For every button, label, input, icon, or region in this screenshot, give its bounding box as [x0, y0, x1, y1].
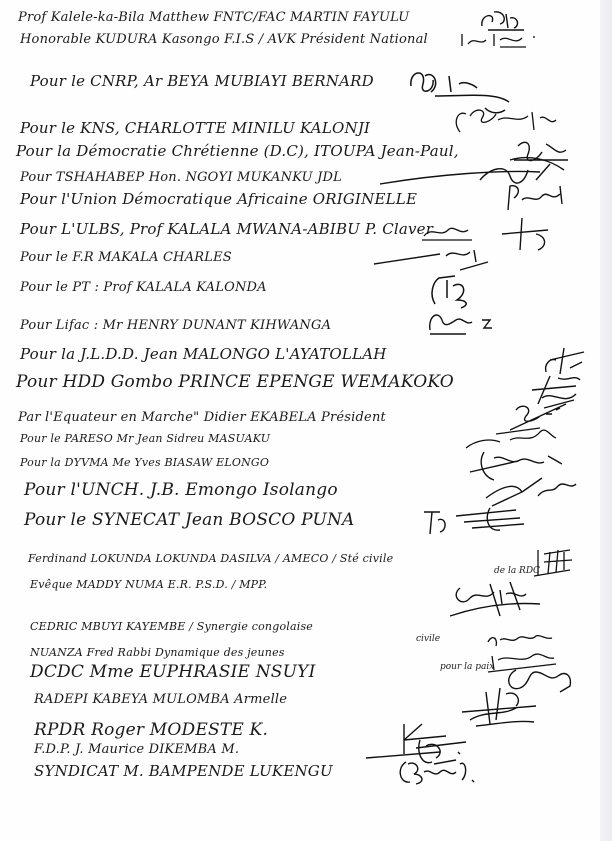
document-page: Prof Kalele-ka-Bila Matthew FNTC/FAC MAR… — [0, 0, 600, 841]
scan-edge — [600, 0, 612, 841]
signatory-entry: Pour le CNRP, Ar BEYA MUBIAYI BERNARD — [30, 72, 374, 90]
signatory-entry: Honorable KUDURA Kasongo F.I.S / AVK Pré… — [20, 32, 428, 47]
signatory-entry: Pour Lifac : Mr HENRY DUNANT KIHWANGA — [20, 318, 331, 333]
signatory-entry: Pour la J.L.D.D. Jean MALONGO L'AYATOLLA… — [20, 345, 387, 363]
signatory-entry: Pour le PARESO Mr Jean Sidreu MASUAKU — [20, 432, 270, 445]
signatory-entry: Prof Kalele-ka-Bila Matthew FNTC/FAC MAR… — [18, 10, 409, 25]
signature-mark — [426, 306, 496, 340]
signatory-entry: NUANZA Fred Rabbi Dynamique des jeunes — [30, 646, 285, 659]
signatory-entry: RADEPI KABEYA MULOMBA Armelle — [34, 692, 287, 707]
signatory-entry: Ferdinand LOKUNDA LOKUNDA DASILVA / AMEC… — [28, 552, 393, 565]
signatory-entry: Par l'Equateur en Marche" Didier EKABELA… — [18, 410, 386, 425]
signatory-entry: Pour le KNS, CHARLOTTE MINILU KALONJI — [20, 119, 370, 137]
signature-mark — [460, 30, 540, 54]
signatory-entry: Pour la DYVMA Me Yves BIASAW ELONGO — [20, 456, 269, 469]
margin-note: de la RDC — [494, 566, 540, 576]
signatory-entry: Pour L'ULBS, Prof KALALA MWANA-ABIBU P. … — [20, 220, 433, 238]
signatory-entry: Pour le SYNECAT Jean BOSCO PUNA — [24, 510, 355, 530]
signatory-entry: Evêque MADDY NUMA E.R. P.S.D. / MPP. — [30, 578, 267, 591]
margin-note: civile — [416, 634, 440, 644]
margin-note: pour la paix — [440, 662, 494, 672]
signatory-entry: Pour le PT : Prof KALALA KALONDA — [20, 280, 267, 295]
signatory-entry: DCDC Mme EUPHRASIE NSUYI — [30, 662, 316, 682]
signature-mark — [440, 576, 560, 630]
signatory-entry: Pour l'UNCH. J.B. Emongo Isolango — [24, 480, 338, 500]
signature-mark — [496, 210, 556, 258]
signatory-entry: RPDR Roger MODESTE K. — [34, 720, 268, 740]
signature-mark — [394, 756, 484, 794]
signatory-entry: Pour TSHAHABEP Hon. NGOYI MUKANKU JDL — [20, 170, 342, 185]
signatory-entry: CEDRIC MBUYI KAYEMBE / Synergie congolai… — [30, 620, 313, 633]
signatory-entry: F.D.P. J. Maurice DIKEMBA M. — [34, 742, 239, 757]
signatory-entry: Pour l'Union Démocratique Africaine ORIG… — [20, 190, 417, 208]
signatory-entry: Pour le F.R MAKALA CHARLES — [20, 250, 232, 265]
signature-mark — [420, 504, 530, 542]
signatory-entry: SYNDICAT M. BAMPENDE LUKENGU — [34, 762, 333, 780]
signatory-entry: Pour HDD Gombo PRINCE EPENGE WEMAKOKO — [16, 372, 454, 392]
